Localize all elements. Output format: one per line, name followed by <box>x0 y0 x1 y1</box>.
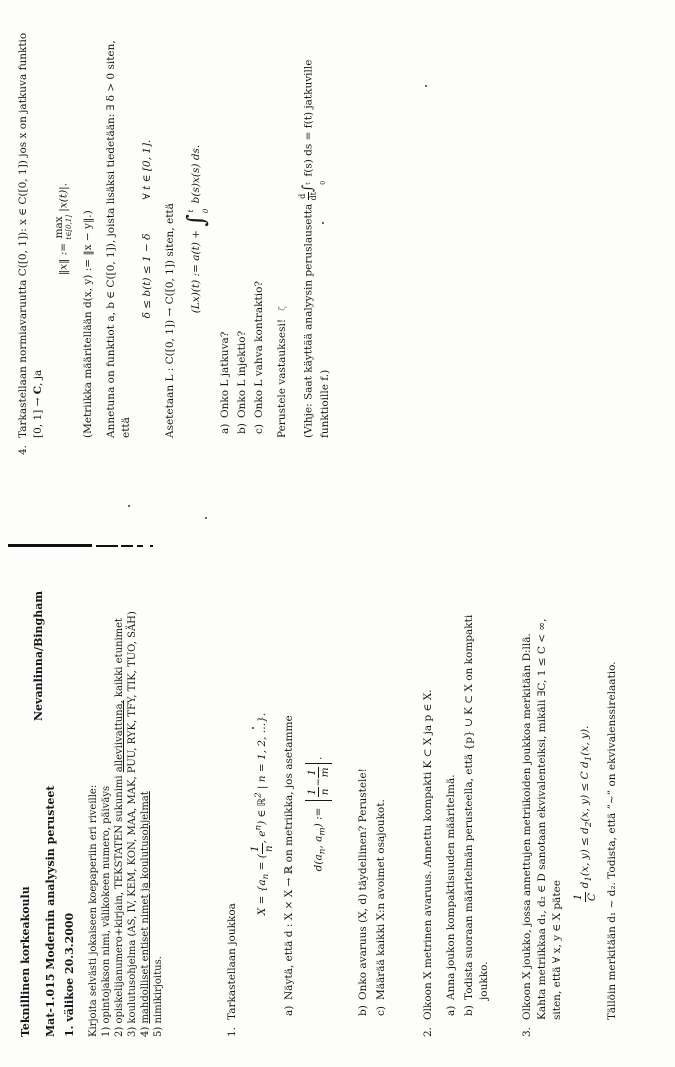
derivative-fraction: ddt <box>299 192 318 200</box>
question-4a-label: a) <box>218 418 233 434</box>
formula-token: d <box>579 882 591 892</box>
question-3-line2: Kahta metriikkaa d₁, d₂ ∈ D sanotaan ekv… <box>536 619 548 1020</box>
question-4-given-line2: että <box>120 417 132 438</box>
page-fold-line <box>0 543 220 547</box>
question-2b-label: b) <box>462 1000 492 1016</box>
fold-segment <box>96 545 118 547</box>
question-4-intro-line2: [0, 1] → C, ja <box>32 370 44 438</box>
question-2b-line2: joukko. <box>478 961 490 1000</box>
integral-lower-limit: 0 <box>316 181 331 185</box>
question-1-set-formula: X = {an = (1n, en) ∈ ℝ2 | n = 1, 2, …}. <box>250 591 274 1037</box>
question-2b: b) Todista suoraan määritelmän perusteel… <box>462 591 492 1016</box>
question-2-intro: Olkoon X metrinen avaruus. Annettu kompa… <box>421 591 436 1020</box>
instruction-line-4: 4) mahdolliset entiset nimet ja koulutus… <box>139 591 152 1037</box>
question-3-text: Olkoon X joukko, jossa annettujen metrii… <box>520 591 565 1020</box>
integral-upper-limit: t <box>301 181 316 185</box>
question-4-intro-line1: Tarkastellaan normiavaruutta C([0, 1]): … <box>17 33 29 438</box>
formula-subscript: n <box>261 874 271 880</box>
question-2b-text: Todista suoraan määritelmän perusteella,… <box>462 615 492 1000</box>
formula-token: , a <box>313 836 325 849</box>
fraction-numerator: d <box>299 192 309 200</box>
question-2a-text: Anna joukon kompaktisuuden määritelmä. <box>444 774 459 1000</box>
max-label: max <box>54 216 65 238</box>
fraction: 1n <box>250 843 274 854</box>
question-1c-text: Määrää kaikki X:n avoimet osajoukot. <box>374 799 389 1000</box>
hint-mid: f(s) ds = f(t) jatkuville <box>302 60 314 180</box>
formula-token: b(s)x(s) ds. <box>190 145 202 207</box>
question-1: 1. Tarkastellaan joukkoa <box>225 591 240 1037</box>
fraction: 1m <box>307 767 331 778</box>
question-2b-line1: Todista suoraan määritelmän perusteella,… <box>463 615 475 1000</box>
question-1a-label: a) <box>282 1000 297 1016</box>
fold-segment <box>121 545 133 547</box>
question-3-line1: Olkoon X joukko, jossa annettujen metrii… <box>521 633 533 1020</box>
question-2: 2. Olkoon X metrinen avaruus. Annettu ko… <box>421 591 436 1037</box>
question-4c-label: c) <box>252 418 267 434</box>
scan-speck <box>205 517 207 519</box>
formula-token: | n = 1, 2, …}. <box>256 713 268 793</box>
integral-limits: t0 <box>301 181 315 185</box>
formula-token: = ( <box>256 854 268 874</box>
question-3-line3: siten, että ∀ x, y ∈ X pätee <box>551 880 563 1020</box>
formula-token: ) := <box>313 804 325 827</box>
question-1b-label: b) <box>356 1000 371 1016</box>
question-4c-text: Onko L vahva kontraktio? <box>252 281 267 418</box>
formula-subscript: m <box>318 827 328 835</box>
instruction-line-1: 1) opintojakson nimi, välikokeen numero,… <box>100 591 113 1037</box>
hint-pre: (Vihje: Saat käyttää analyysin peruslaus… <box>302 200 314 438</box>
question-4-delta-formula: δ ≤ b(t) ≤ 1 − δ∀ t ∈ [0, 1]. <box>140 3 155 455</box>
question-1b-text: Onko avaruus (X, d) täydellinen? Peruste… <box>356 768 371 1000</box>
formula-token: d(a <box>313 854 325 871</box>
question-3-equivalence-formula: 1C d1(x, y) ≤ d2(x, y) ≤ C d1(x, y). <box>573 591 597 1037</box>
fraction-denominator: n <box>263 843 275 854</box>
instruction-line-5: 5) nimikirjoitus. <box>152 591 165 1037</box>
instructions: Kirjoita selvästi jokaiseen koepaperiin … <box>87 591 165 1037</box>
integral-sign: ∫ <box>182 214 210 227</box>
formula-subscript: n <box>318 849 328 855</box>
fraction-denominator: dt <box>309 192 318 200</box>
question-1c: c) Määrää kaikki X:n avoimet osajoukot. <box>374 591 389 1016</box>
question-4a: a) Onko L jatkuva? <box>218 3 233 434</box>
instruction-line-2-post: kaikki etunimet <box>114 618 125 700</box>
question-3: 3. Olkoon X joukko, jossa annettujen met… <box>520 591 565 1037</box>
question-4-setup: Asetetaan L : C([0, 1]) → C([0, 1]) site… <box>163 3 178 438</box>
question-1b: b) Onko avaruus (X, d) täydellinen? Peru… <box>356 591 371 1016</box>
integral-sign: ∫ <box>300 185 316 192</box>
formula-token: ∀ t ∈ [0, 1]. <box>141 140 153 200</box>
formula-token: (Lx)(t) := a(t) + <box>190 227 202 314</box>
abs-bar <box>305 800 332 801</box>
formula-token: , e <box>256 831 268 844</box>
question-4b-label: b) <box>235 418 250 434</box>
question-1a: a) Näytä, että d : X × X → ℝ on metriikk… <box>282 591 297 1016</box>
max-operator: maxt∈[0,1] <box>54 215 73 240</box>
question-3-number: 3. <box>520 1020 565 1037</box>
question-4-metric-note: (Metriikka määritellään d(x, y) := ‖x − … <box>81 3 96 438</box>
instructions-intro: Kirjoita selvästi jokaiseen koepaperiin … <box>87 591 100 1037</box>
formula-subscript: 2 <box>584 822 594 828</box>
formula-token: . <box>313 757 325 760</box>
question-4c: c) Onko L vahva kontraktio? <box>252 3 267 434</box>
page-2: 4. Tarkastellaan normiavaruutta C([0, 1]… <box>16 3 333 455</box>
formula-superscript: n <box>254 825 264 831</box>
fraction-denominator: C <box>586 892 598 903</box>
question-4-number: 4. <box>16 438 46 455</box>
formula-token: ‖x‖ := <box>57 240 69 275</box>
formula-token: − <box>313 778 325 787</box>
question-4-operator-formula: (Lx)(t) := a(t) + ∫t0 b(s)x(s) ds. <box>184 3 208 455</box>
scan-speck <box>425 85 427 87</box>
fraction-denominator: n <box>319 787 331 798</box>
question-4: 4. Tarkastellaan normiavaruutta C([0, 1]… <box>16 3 46 455</box>
fraction-numerator: 1 <box>307 787 320 798</box>
question-4b: b) Onko L injektio? <box>235 3 250 434</box>
intro-line2-pre: [0, 1] → <box>32 394 44 438</box>
question-1-intro: Tarkastellaan joukkoa <box>225 591 240 1020</box>
fraction-numerator: 1 <box>250 843 263 854</box>
formula-token: (x, y) ≤ C d <box>579 761 591 821</box>
formula-token: (x, y) ≤ d <box>579 827 591 876</box>
question-3-outro: Tällöin merkitään d₁ ∼ d₂. Todista, että… <box>605 591 620 1020</box>
fraction-denominator: m <box>319 767 331 778</box>
question-4-intro: Tarkastellaan normiavaruutta C([0, 1]): … <box>16 3 46 438</box>
fold-segment <box>137 545 143 547</box>
question-4-given-line1: Annetuna on funktiot a, b ∈ C([0, 1]), j… <box>105 40 117 438</box>
intro-line2-post: , ja <box>32 370 44 386</box>
page-1: Teknillinen korkeakoulu Nevanlinna/Bingh… <box>18 591 620 1037</box>
question-4a-text: Onko L jatkuva? <box>218 332 233 418</box>
formula-token: X = {a <box>256 879 268 915</box>
question-1c-label: c) <box>374 1000 389 1016</box>
fold-segment <box>150 545 153 547</box>
question-1-metric-formula: d(an, am) := 1n−1m. <box>305 591 332 1037</box>
exam-sheet: Teknillinen korkeakoulu Nevanlinna/Bingh… <box>0 0 675 1067</box>
question-1a-text: Näytä, että d : X × X → ℝ on metriikka, … <box>282 715 297 1000</box>
formula-token: ) ∈ ℝ <box>256 798 268 825</box>
fraction: 1C <box>573 892 597 903</box>
header-examiner: Nevanlinna/Bingham <box>31 591 46 721</box>
stray-pen-mark: ζ <box>278 306 288 311</box>
fraction-numerator: 1 <box>307 767 320 778</box>
question-4-justify: Perustele vastauksesi!ζ <box>275 3 291 438</box>
scan-speck <box>128 505 130 507</box>
integral-upper-limit: t <box>184 209 199 213</box>
max-subscript: t∈[0,1] <box>66 215 73 240</box>
header-exam-info: 1. välikoe 20.3.2000 <box>62 591 77 1037</box>
formula-token: |x(t)|. <box>57 183 69 215</box>
fraction: 1n <box>307 787 331 798</box>
instruction-line-3: 3) koulutusohjelma (AS, IV, KEM, KON, MA… <box>126 591 139 1037</box>
question-4-norm-formula: ‖x‖ := maxt∈[0,1] |x(t)|. <box>54 3 73 455</box>
question-2a-label: a) <box>444 1000 459 1016</box>
complex-numbers-symbol: C <box>32 386 44 394</box>
scanned-exam-screenshot: Teknillinen korkeakoulu Nevanlinna/Bingh… <box>0 0 675 1067</box>
formula-token: (x, y). <box>579 726 591 756</box>
question-4b-text: Onko L injektio? <box>235 331 250 418</box>
header-row: Teknillinen korkeakoulu Nevanlinna/Bingh… <box>18 591 33 1037</box>
formula-token: δ ≤ b(t) ≤ 1 − δ <box>141 234 153 319</box>
instruction-line-2-underlined: alleviivattuna, <box>114 700 125 772</box>
hint-line2: funktioille f.) <box>319 370 331 438</box>
header-institution: Teknillinen korkeakoulu <box>18 886 33 1037</box>
question-4-hint: (Vihje: Saat käyttää analyysin peruslaus… <box>299 3 333 438</box>
justify-text: Perustele vastauksesi! <box>276 319 288 438</box>
integral-lower-limit: 0 <box>199 209 214 213</box>
instruction-line-2-pre: 2) opiskelijanumero+kirjain, TEKSTATEN s… <box>114 772 125 1037</box>
integral-limits: t0 <box>184 209 208 213</box>
formula-subscript: 1 <box>584 876 594 882</box>
formula-superscript: 2 <box>254 792 264 798</box>
question-2-number: 2. <box>421 1020 436 1037</box>
instruction-line-4-underlined: mahdolliset entiset nimet ja koulutusohj… <box>140 791 151 1023</box>
question-2a: a) Anna joukon kompaktisuuden määritelmä… <box>444 591 459 1016</box>
question-4-given: Annetuna on funktiot a, b ∈ C([0, 1]), j… <box>104 3 134 438</box>
instruction-line-2: 2) opiskelijanumero+kirjain, TEKSTATEN s… <box>113 591 126 1037</box>
fraction-numerator: 1 <box>573 892 586 903</box>
instruction-line-4-pre: 4) <box>140 1024 151 1037</box>
fold-segment <box>8 544 92 547</box>
abs-bar <box>305 763 332 764</box>
formula-subscript: 1 <box>584 756 594 762</box>
question-1-number: 1. <box>225 1020 240 1037</box>
